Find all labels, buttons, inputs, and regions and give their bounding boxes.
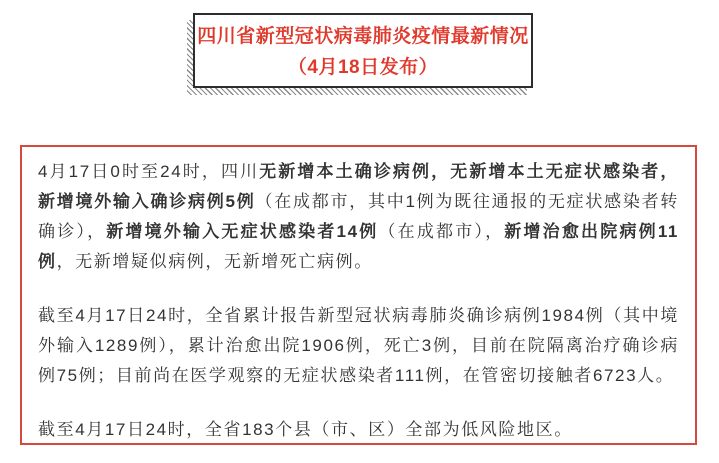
paragraph: 4月17日0时至24时，四川无新增本土确诊病例，无新增本土无症状感染者，新增境外… bbox=[38, 157, 679, 277]
text-segment: 新增境外输入无症状感染者14例 bbox=[106, 222, 378, 241]
title-line-2: （4月18日发布） bbox=[288, 52, 438, 83]
text-segment: （在成都市）， bbox=[378, 222, 504, 241]
content-paragraphs: 4月17日0时至24时，四川无新增本土确诊病例，无新增本土无症状感染者，新增境外… bbox=[38, 157, 679, 445]
paragraph: 截至4月17日24时，全省183个县（市、区）全部为低风险地区。 bbox=[38, 415, 679, 445]
content-card: 4月17日0时至24时，四川无新增本土确诊病例，无新增本土无症状感染者，新增境外… bbox=[20, 145, 697, 445]
title-line-1: 四川省新型冠状病毒肺炎疫情最新情况 bbox=[197, 21, 529, 52]
announcement-page: { "page": { "background": "#ffffff" }, "… bbox=[0, 0, 719, 463]
text-segment: 截至4月17日24时，全省累计报告新型冠状病毒肺炎确诊病例1984例（其中境外输… bbox=[38, 306, 679, 385]
title-card: 四川省新型冠状病毒肺炎疫情最新情况 （4月18日发布） bbox=[193, 13, 533, 88]
text-segment: 截至4月17日24时，全省183个县（市、区）全部为低风险地区。 bbox=[38, 420, 573, 439]
text-segment: 4月17日0时至24时，四川 bbox=[38, 162, 259, 181]
paragraph: 截至4月17日24时，全省累计报告新型冠状病毒肺炎确诊病例1984例（其中境外输… bbox=[38, 301, 679, 391]
text-segment: ，无新增疑似病例，无新增死亡病例。 bbox=[57, 252, 373, 271]
title-card-box: 四川省新型冠状病毒肺炎疫情最新情况 （4月18日发布） bbox=[193, 13, 533, 88]
